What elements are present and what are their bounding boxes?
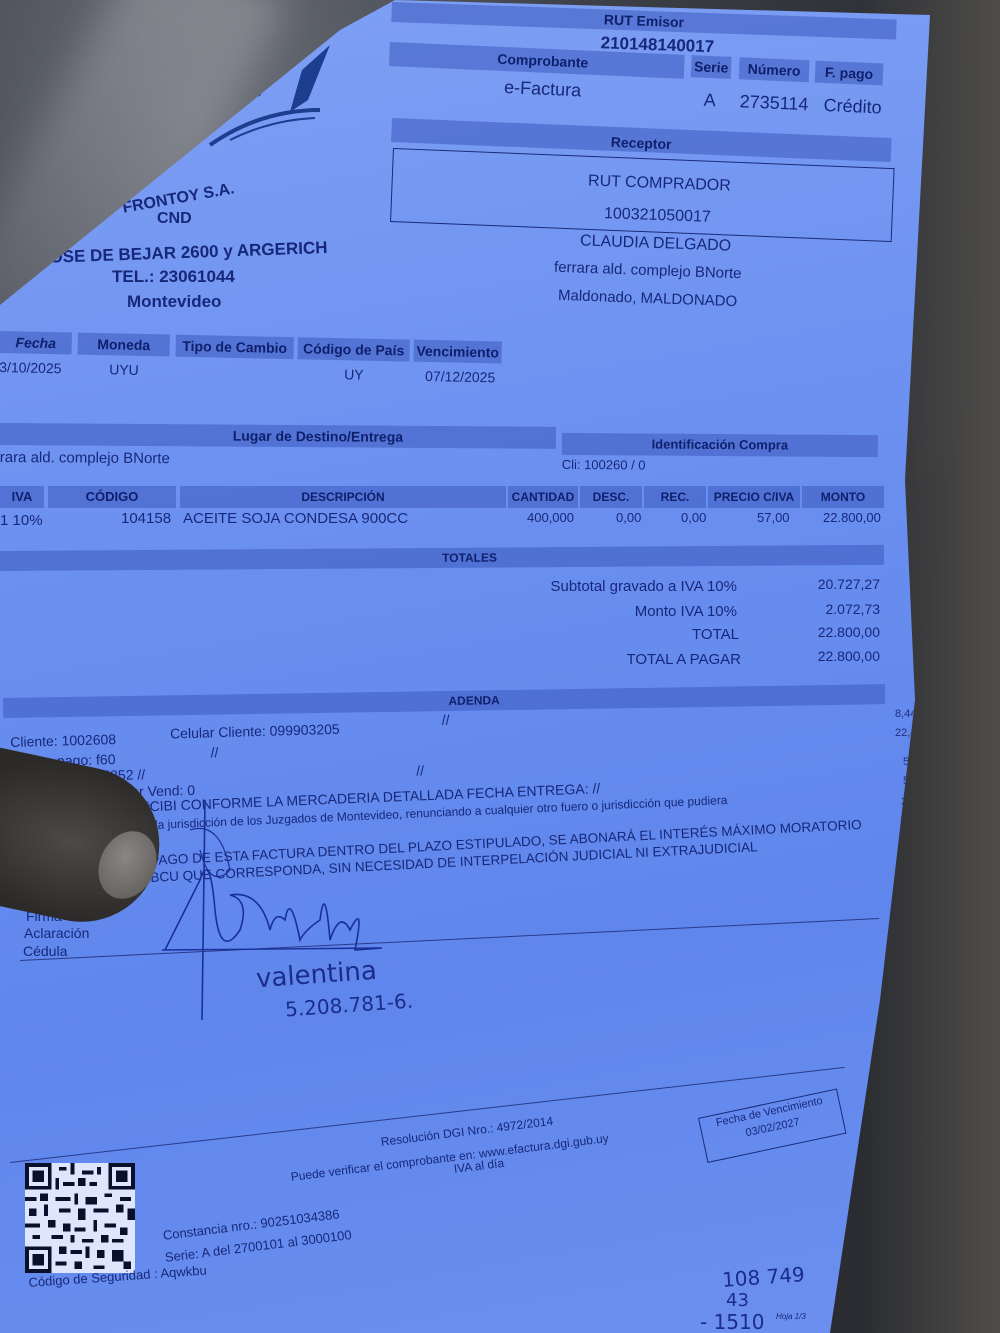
- total-label: TOTAL: [692, 626, 739, 643]
- info-header-vencimiento: Vencimiento: [413, 340, 501, 364]
- row-monto: 22.800,00: [823, 510, 881, 525]
- cedula-label: Cédula: [23, 943, 67, 959]
- info-moneda: UYU: [109, 361, 139, 378]
- info-header-fecha: Fecha: [0, 331, 72, 355]
- info-codigo-pais: UY: [344, 366, 364, 382]
- col-rec: REC.: [644, 486, 706, 508]
- subtotal-value: 20.727,27: [818, 576, 880, 592]
- receptor-rut-value: 100321050017: [604, 205, 711, 227]
- ident-value: Cli: 100260 / 0: [562, 457, 646, 473]
- issuer-address: JOSE DE BEJAR 2600 y ARGERICH: [40, 238, 328, 268]
- receptor-name: CLAUDIA DELGADO: [580, 232, 732, 255]
- info-vencimiento: 07/12/2025: [425, 368, 495, 385]
- fpago-value: Crédito: [823, 95, 882, 119]
- row-desc: 0,00: [616, 510, 641, 525]
- ident-label: Identificación Compra: [562, 433, 878, 457]
- subtotal-label: Subtotal gravado a IVA 10%: [550, 578, 737, 595]
- adenda-cliente: Cliente: 1002608: [10, 731, 116, 750]
- total-a-pagar-value: 22.800,00: [818, 648, 880, 664]
- adenda-celular-cliente: Celular Cliente: 099903205: [170, 721, 340, 742]
- invoice-document: 1916 FRONTOY S.A. CND JOSE DE BEJAR 2600…: [0, 0, 1000, 1333]
- info-header-moneda: Moneda: [78, 333, 170, 357]
- destino-label: Lugar de Destino/Entrega: [0, 423, 556, 449]
- col-codigo: CÓDIGO: [48, 486, 176, 508]
- delivery-row: Lugar de Destino/Entrega rara ald. compl…: [0, 423, 556, 449]
- issuer-line2: CND: [157, 210, 192, 228]
- row-descripcion: ACEITE SOJA CONDESA 900CC: [183, 510, 408, 527]
- totals-header: TOTALES: [0, 545, 884, 571]
- totals-label: TOTALES: [0, 545, 884, 571]
- hoja-number: Hoja 1/3: [776, 1312, 806, 1321]
- handwritten-note-1: 108 749: [721, 1262, 805, 1292]
- total-value: 22.800,00: [818, 624, 880, 640]
- qr-code-icon[interactable]: [22, 1163, 138, 1273]
- issuer-phone: TEL.: 23061044: [112, 267, 235, 287]
- adenda-sep-2: //: [210, 744, 218, 760]
- row-rec: 0,00: [681, 510, 706, 525]
- handwritten-note-3: - 1510: [700, 1310, 764, 1333]
- issuer-city: Montevideo: [127, 292, 221, 312]
- rut-emisor-block: RUT Emisor 210148140017: [391, 2, 896, 40]
- row-codigo: 104158: [121, 510, 171, 527]
- serie-value: A: [703, 90, 716, 112]
- signature-line: [20, 918, 879, 961]
- handwritten-note-2: 43: [726, 1290, 749, 1311]
- row-iva: 1 10%: [0, 512, 43, 529]
- adenda-sep-3: //: [416, 762, 424, 778]
- receptor-city: Maldonado, MALDONADO: [558, 287, 738, 310]
- numero-value: 2735114: [739, 91, 809, 115]
- row-cantidad: 400,000: [527, 510, 574, 525]
- total-a-pagar-label: TOTAL A PAGAR: [627, 651, 742, 668]
- monto-iva-value: 2.072,73: [826, 601, 881, 617]
- info-header-tipo-cambio: Tipo de Cambio: [176, 335, 294, 359]
- col-cantidad: CANTIDAD: [508, 486, 578, 508]
- vencimiento-stamp: Fecha de Vencimiento 03/02/2027: [698, 1088, 846, 1163]
- receptor-address: ferrara ald. complejo BNorte: [554, 259, 742, 283]
- row-precio: 57,00: [757, 510, 790, 525]
- col-descripcion: DESCRIPCIÓN: [180, 486, 506, 508]
- col-precio: PRECIO C/IVA: [708, 486, 800, 508]
- info-header-codigo-pais: Código de País: [297, 337, 409, 361]
- info-fecha: 3/10/2025: [0, 359, 62, 376]
- fpago-label: F. pago: [815, 61, 884, 86]
- monto-iva-label: Monto IVA 10%: [635, 603, 737, 620]
- numero-label: Número: [739, 57, 810, 82]
- col-iva: IVA: [0, 486, 44, 508]
- col-monto: MONTO: [802, 486, 884, 508]
- adenda-sep: //: [442, 712, 450, 728]
- col-desc: DESC.: [580, 486, 642, 508]
- comprobante-value: e-Factura: [504, 77, 582, 101]
- destino-value: rara ald. complejo BNorte: [0, 449, 170, 467]
- aclaracion-label: Aclaración: [24, 925, 89, 941]
- receptor-box: [390, 148, 895, 242]
- serie-label: Serie: [691, 55, 732, 79]
